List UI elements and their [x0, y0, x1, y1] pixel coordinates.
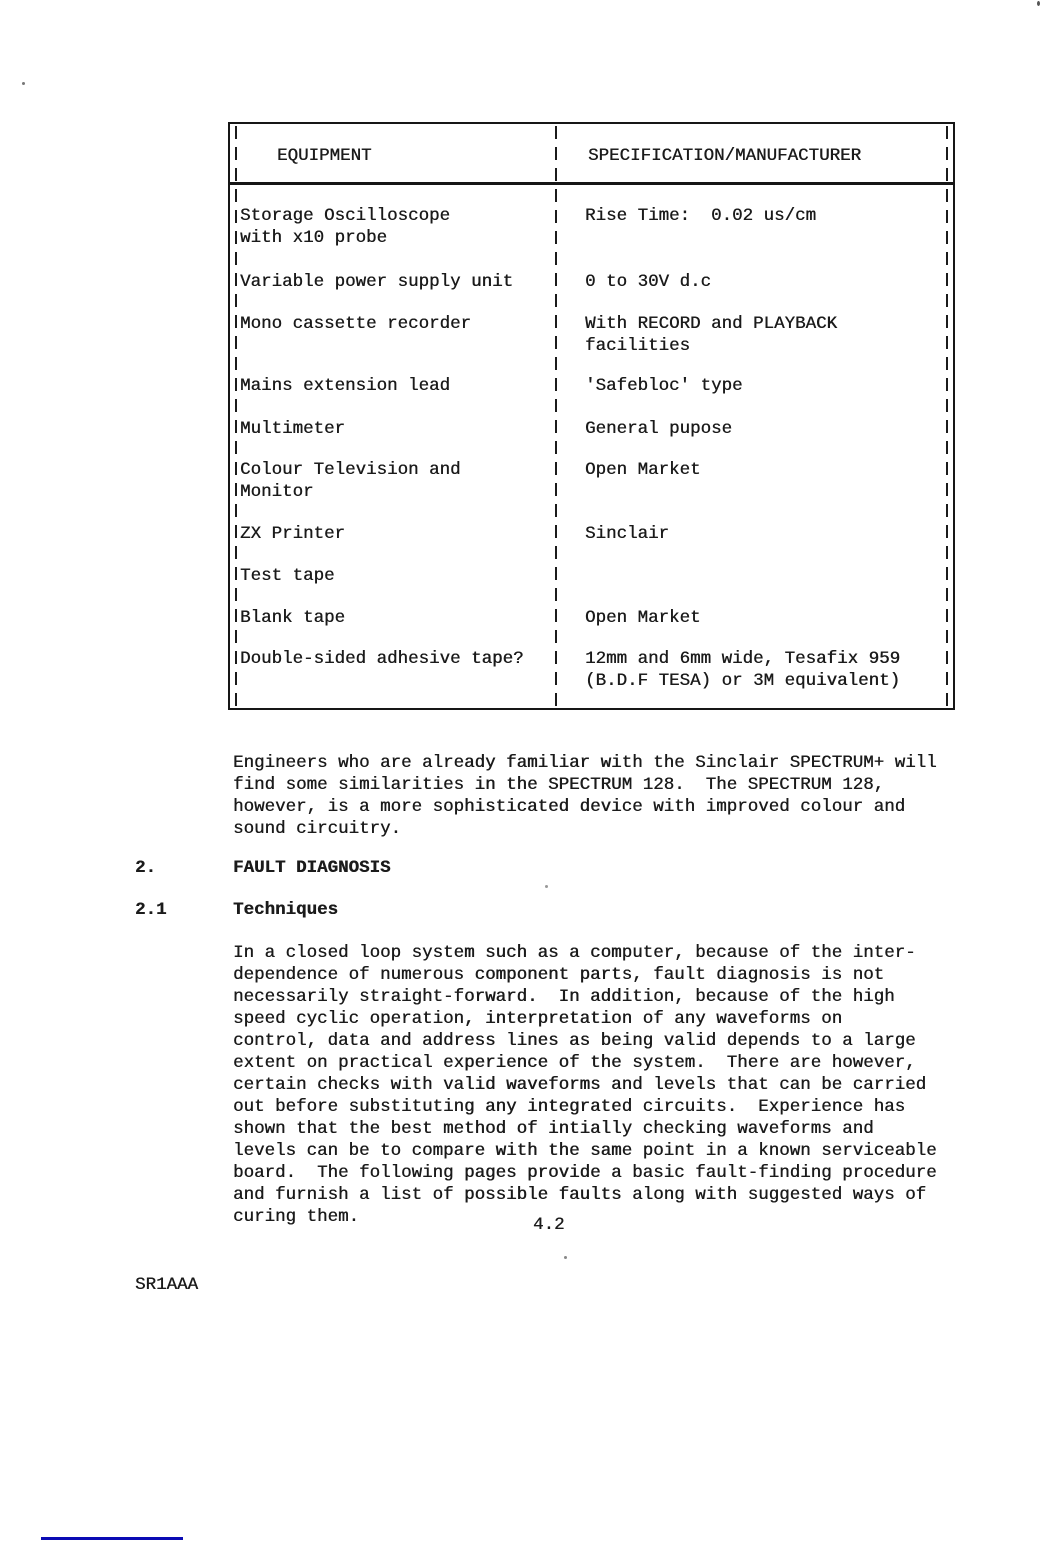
- section-heading-techniques: 2.1Techniques: [135, 899, 338, 921]
- bottom-blue-underline: [41, 1537, 183, 1540]
- section-heading-fault-diagnosis: 2.FAULT DIAGNOSIS: [135, 857, 391, 879]
- equipment-cell: Blank tape: [230, 607, 555, 648]
- spec-cell: Open Market: [555, 459, 953, 523]
- techniques-body-paragraph: In a closed loop system such as a comput…: [233, 942, 983, 1228]
- table-header-row: EQUIPMENT SPECIFICATION/MANUFACTURER: [230, 124, 953, 185]
- spec-cell: Sinclair: [555, 523, 953, 565]
- table-row: Variable power supply unit 0 to 30V d.c: [230, 271, 953, 313]
- spec-cell: Open Market: [555, 607, 953, 648]
- spec-cell: 0 to 30V d.c: [555, 271, 953, 313]
- equipment-cell: Colour Television and Monitor: [230, 459, 555, 523]
- table-row: Mains extension lead 'Safebloc' type: [230, 375, 953, 418]
- spec-cell: [555, 565, 953, 607]
- table-row: Colour Television and Monitor Open Marke…: [230, 459, 953, 523]
- scan-speck: [545, 885, 548, 888]
- spec-cell: 'Safebloc' type: [555, 375, 953, 418]
- table-row: Multimeter General pupose: [230, 418, 953, 459]
- table-row: Test tape: [230, 565, 953, 607]
- scan-speck: [564, 1256, 567, 1259]
- section-number: 2.: [135, 857, 233, 879]
- table-right-dashed-line: [946, 126, 948, 706]
- document-page: EQUIPMENT SPECIFICATION/MANUFACTURER Sto…: [0, 0, 1053, 1542]
- equipment-cell: Variable power supply unit: [230, 271, 555, 313]
- section-number: 2.1: [135, 899, 233, 921]
- equipment-cell: Double-sided adhesive tape?: [230, 648, 555, 705]
- scan-speck: [1037, 1, 1040, 6]
- scan-speck: [22, 82, 25, 85]
- table-row: Storage Oscilloscope with x10 probe Rise…: [230, 205, 953, 271]
- col-header-equipment: EQUIPMENT: [230, 124, 555, 182]
- equipment-cell: Multimeter: [230, 418, 555, 459]
- equipment-cell: ZX Printer: [230, 523, 555, 565]
- section-title: FAULT DIAGNOSIS: [233, 858, 391, 878]
- spec-cell: 12mm and 6mm wide, Tesafix 959 (B.D.F TE…: [555, 648, 953, 705]
- spec-cell: General pupose: [555, 418, 953, 459]
- table-column-divider: [555, 126, 557, 706]
- col-header-specification: SPECIFICATION/MANUFACTURER: [555, 124, 953, 182]
- document-code: SR1AAA: [135, 1274, 198, 1296]
- table-row: ZX Printer Sinclair: [230, 523, 953, 565]
- page-number: 4.2: [533, 1214, 565, 1236]
- table-row: Mono cassette recorder With RECORD and P…: [230, 313, 953, 375]
- spec-cell: Rise Time: 0.02 us/cm: [555, 205, 953, 271]
- section-title: Techniques: [233, 900, 338, 920]
- spec-cell: With RECORD and PLAYBACK facilities: [555, 313, 953, 375]
- table-row: Blank tape Open Market: [230, 607, 953, 648]
- table-row: Double-sided adhesive tape? 12mm and 6mm…: [230, 648, 953, 705]
- equipment-cell: Test tape: [230, 565, 555, 607]
- equipment-cell: Mains extension lead: [230, 375, 555, 418]
- equipment-table: EQUIPMENT SPECIFICATION/MANUFACTURER Sto…: [228, 122, 955, 710]
- table-body: Storage Oscilloscope with x10 probe Rise…: [230, 185, 953, 705]
- equipment-cell: Storage Oscilloscope with x10 probe: [230, 205, 555, 271]
- table-left-dashed-line: [235, 126, 237, 706]
- equipment-cell: Mono cassette recorder: [230, 313, 555, 375]
- intro-paragraph: Engineers who are already familiar with …: [233, 752, 973, 840]
